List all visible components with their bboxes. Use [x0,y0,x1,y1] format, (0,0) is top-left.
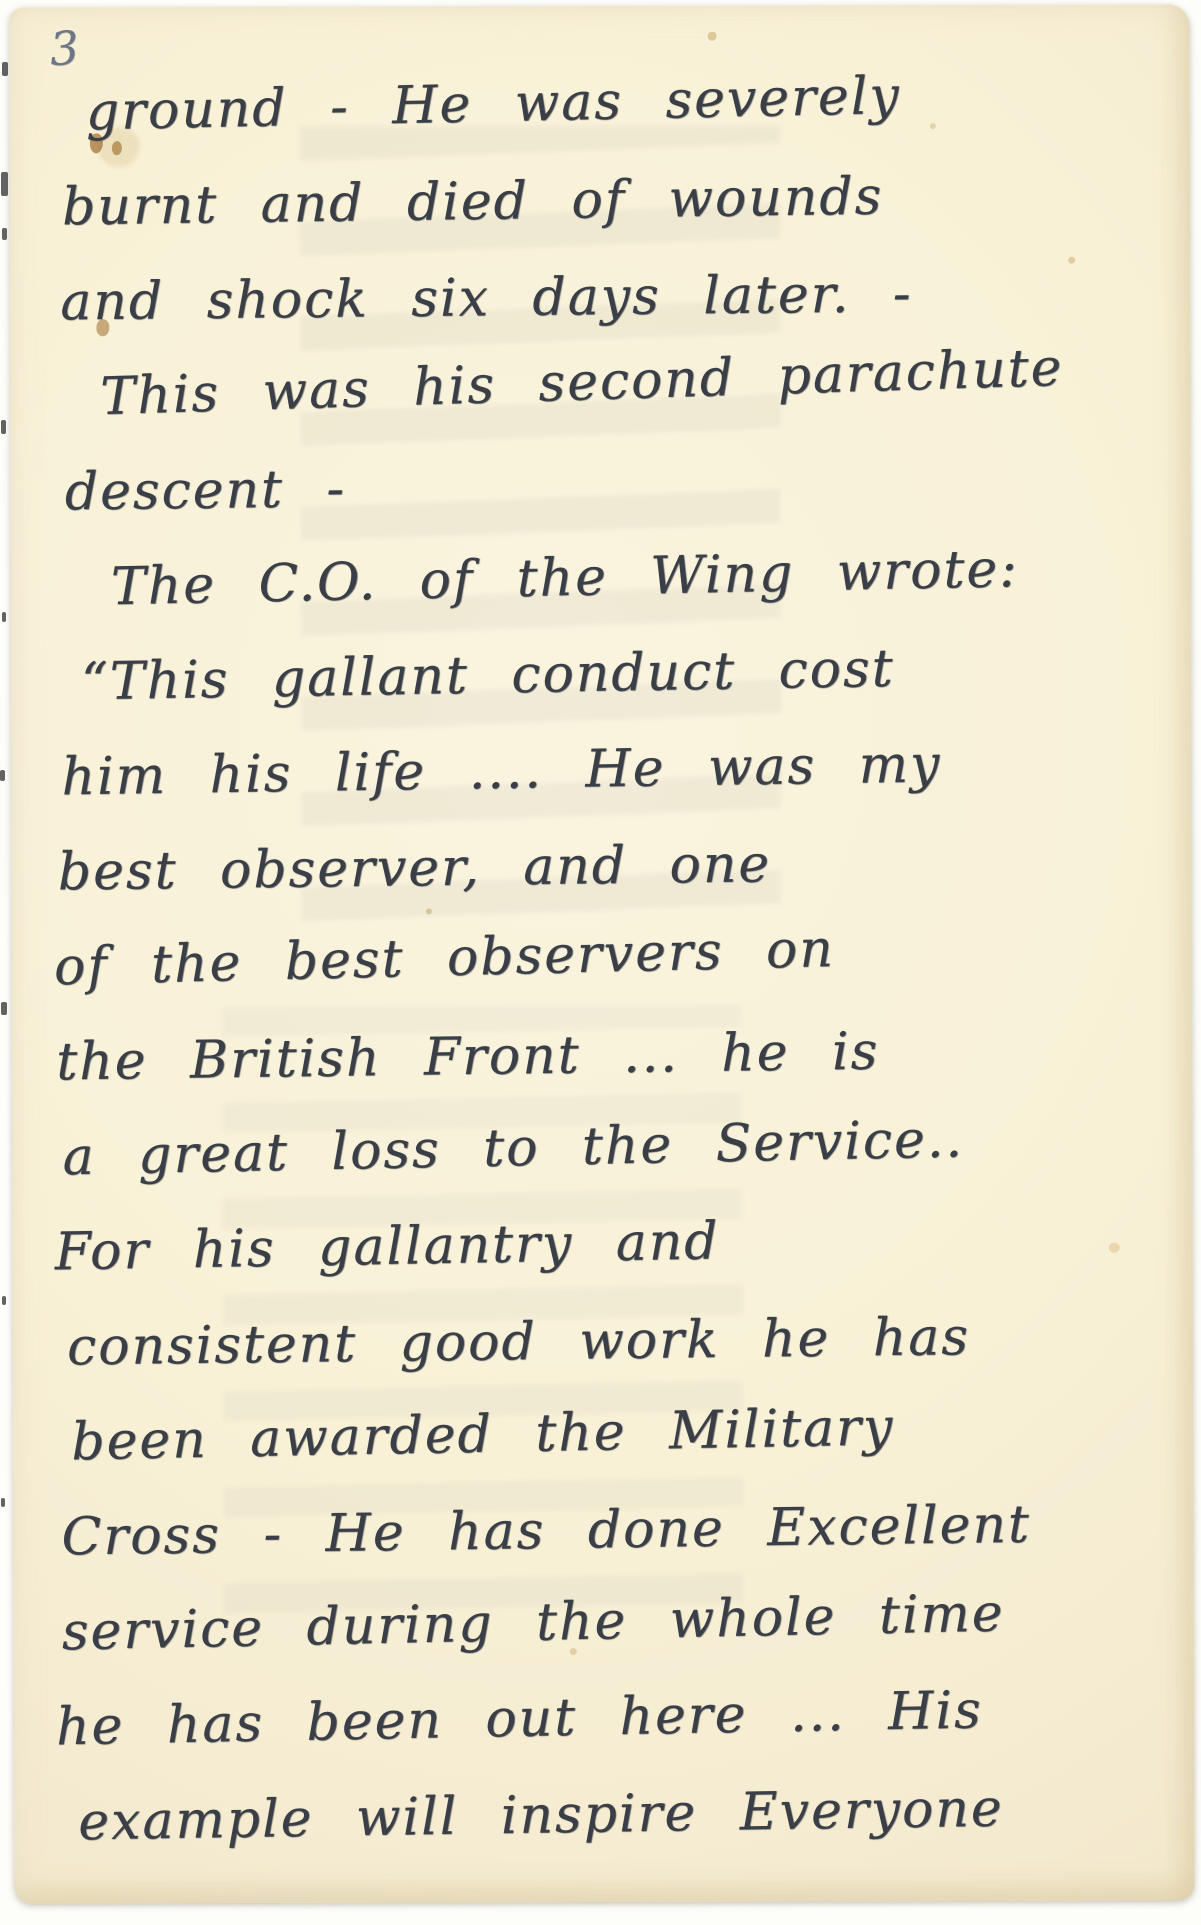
scan-edge-speck [1,1498,5,1507]
handwritten-line: “This gallant conduct cost [81,617,1166,730]
handwritten-line: he has been out here ... His [55,1660,1169,1775]
handwritten-line: burnt and died of wounds [61,146,1164,255]
handwritten-line: ground - He was severely [85,44,1165,161]
scan-edge-speck [1,172,8,196]
scan-edge-speck [0,770,5,781]
handwritten-line: been awarded the Military [70,1375,1168,1490]
scan-edge-speck [2,1296,6,1305]
scan-edge-speck [1,1002,7,1015]
foxing-spot [708,32,717,41]
handwritten-line: example will inspire Everyone [78,1759,1169,1870]
handwritten-line: For his gallantry and [54,1187,1167,1300]
letter-page: 3 ground - He was severely burnt and die… [10,4,1195,1903]
handwritten-line: The C.O. of the Wing wrote: [110,519,1166,635]
handwritten-text: ground - He was severely burnt and died … [52,63,1169,1871]
scan-edge-speck [1,420,6,434]
scan-edge-speck [2,228,7,240]
handwritten-line: him his life .... He was my [61,714,1166,825]
scan-edge-speck [2,612,6,622]
scanned-letter: 3 ground - He was severely burnt and die… [0,0,1201,1925]
scan-edge-speck [2,62,8,76]
